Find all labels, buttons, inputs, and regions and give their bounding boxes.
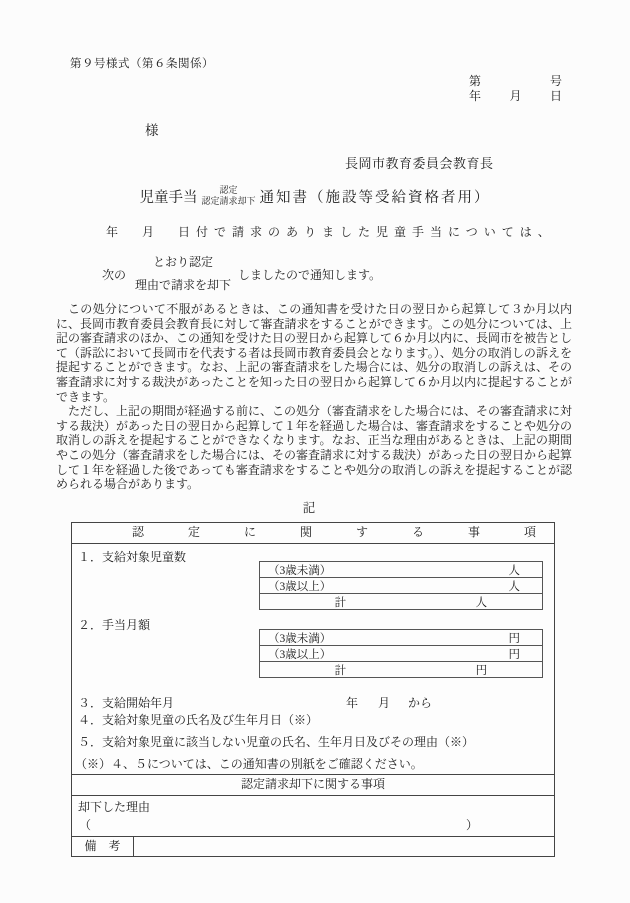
remarks-value-cell [134,837,554,856]
date-month-label: 月 [509,89,521,104]
issuer-name: 長岡市教育委員会教育長 [345,153,494,172]
notification-document-page: { "header": { "form_number": "第９号様式（第６条関… [0,0,630,903]
item5-label: ５．支給対象児童に該当しない児童の氏名、生年月日及びその理由（※） [78,733,474,750]
amount-under3-unit: 円 [509,630,543,646]
record-mark: 記 [0,498,618,516]
title-choice-top: 認定 [219,185,237,195]
date-day-label: 日 [550,89,562,104]
item4-label: ４．支給対象児童の氏名及び生年月日（※） [78,711,318,728]
title-choice-stack: 認定 認定請求却下 [201,185,255,207]
doc-number-suffix: 号 [550,74,562,89]
title-choice-bottom: 認定請求却下 [201,196,255,206]
amount-total-unit: 円 [421,662,542,678]
item3-label: ３．支給開始年月 [78,696,174,710]
item2-label: ２．手当月額 [78,616,150,633]
table-row-total: 計 人 [260,593,542,609]
notify-choice-top: とおり認定 [153,255,213,269]
count-total-label: 計 [260,594,421,610]
item3-line: ３．支給開始年月 年 月 から [78,694,538,711]
rejection-reason-cell: 却下した理由 （ ） [72,796,554,837]
notification-table: 認定に関する事項 １．支給対象児童数 （3歳未満） 人 （3歳以上） 人 計 人… [71,522,555,857]
notify-choice-bottom: 理由で請求を却下 [135,278,231,292]
count-over3-unit: 人 [509,578,543,594]
table-row: （3歳未満） 人 [260,562,542,577]
request-date-line: 年 月 日付で請求のありました児童手当については、 [106,223,556,240]
section-approval-header: 認定に関する事項 [72,523,554,544]
amount-under3-label: （3歳未満） [260,630,331,646]
rejection-reason-label: 却下した理由 [78,798,150,815]
doc-number-block: 第 号 年 月 日 [469,74,562,103]
appeal-instructions: この処分について不服があるときは、この通知書を受けた日の翌日から起算して３か月以… [56,302,572,492]
monthly-amount-table: （3歳未満） 円 （3歳以上） 円 計 円 [259,629,543,678]
table-row: （3歳以上） 人 [260,577,542,593]
notify-choice-stack: とおり認定 理由で請求を却下 [135,251,231,297]
form-number: 第９号様式（第６条関係） [70,55,214,71]
reason-paren-close: ） [466,816,478,833]
amount-over3-label: （3歳以上） [260,646,331,662]
amount-over3-unit: 円 [509,646,543,662]
table-row: （3歳未満） 円 [260,630,542,645]
count-over3-label: （3歳以上） [260,578,331,594]
item3-from-label: から [408,694,432,711]
remarks-row: 備 考 [72,837,554,856]
count-under3-unit: 人 [509,562,543,578]
item3-start-date: 年 月 [346,694,394,711]
date-year-label: 年 [469,89,481,104]
section-rejection-header: 認定請求却下に関する事項 [72,775,554,796]
item1-label: １．支給対象児童数 [78,548,186,565]
notify-tail: しましたので通知します。 [238,266,381,283]
section-approval-body: １．支給対象児童数 （3歳未満） 人 （3歳以上） 人 計 人 ２．手当月額 （… [72,544,554,775]
table-row-total: 計 円 [260,661,542,677]
addressee-honorific: 様 [145,119,159,139]
notify-next-label: 次の [102,266,126,283]
reason-paren-open: （ [79,816,91,833]
doc-number-line: 第 号 [469,74,562,89]
children-count-table: （3歳未満） 人 （3歳以上） 人 計 人 [259,561,543,610]
title-tail: 通知書（施設等受給資格者用） [260,186,491,207]
appeal-paragraph-1: この処分について不服があるときは、この通知書を受けた日の翌日から起算して３か月以… [56,302,572,404]
count-total-unit: 人 [421,594,542,610]
doc-number-prefix: 第 [469,74,481,89]
table-row: （3歳以上） 円 [260,645,542,661]
notify-line: 次の とおり認定 理由で請求を却下 しましたので通知します。 [102,251,381,297]
document-title: 児童手当 認定 認定請求却下 通知書（施設等受給資格者用） [0,185,630,207]
count-under3-label: （3歳未満） [260,562,331,578]
doc-date-line: 年 月 日 [469,89,562,104]
appeal-paragraph-2: ただし、上記の期間が経過する前に、この処分（審査請求をした場合には、その審査請求… [56,404,572,492]
title-lead: 児童手当 [139,186,197,207]
remarks-label: 備 考 [72,837,134,856]
attachment-note: （※）４、５については、この通知書の別紙をご確認ください。 [75,755,423,772]
amount-total-label: 計 [260,662,421,678]
